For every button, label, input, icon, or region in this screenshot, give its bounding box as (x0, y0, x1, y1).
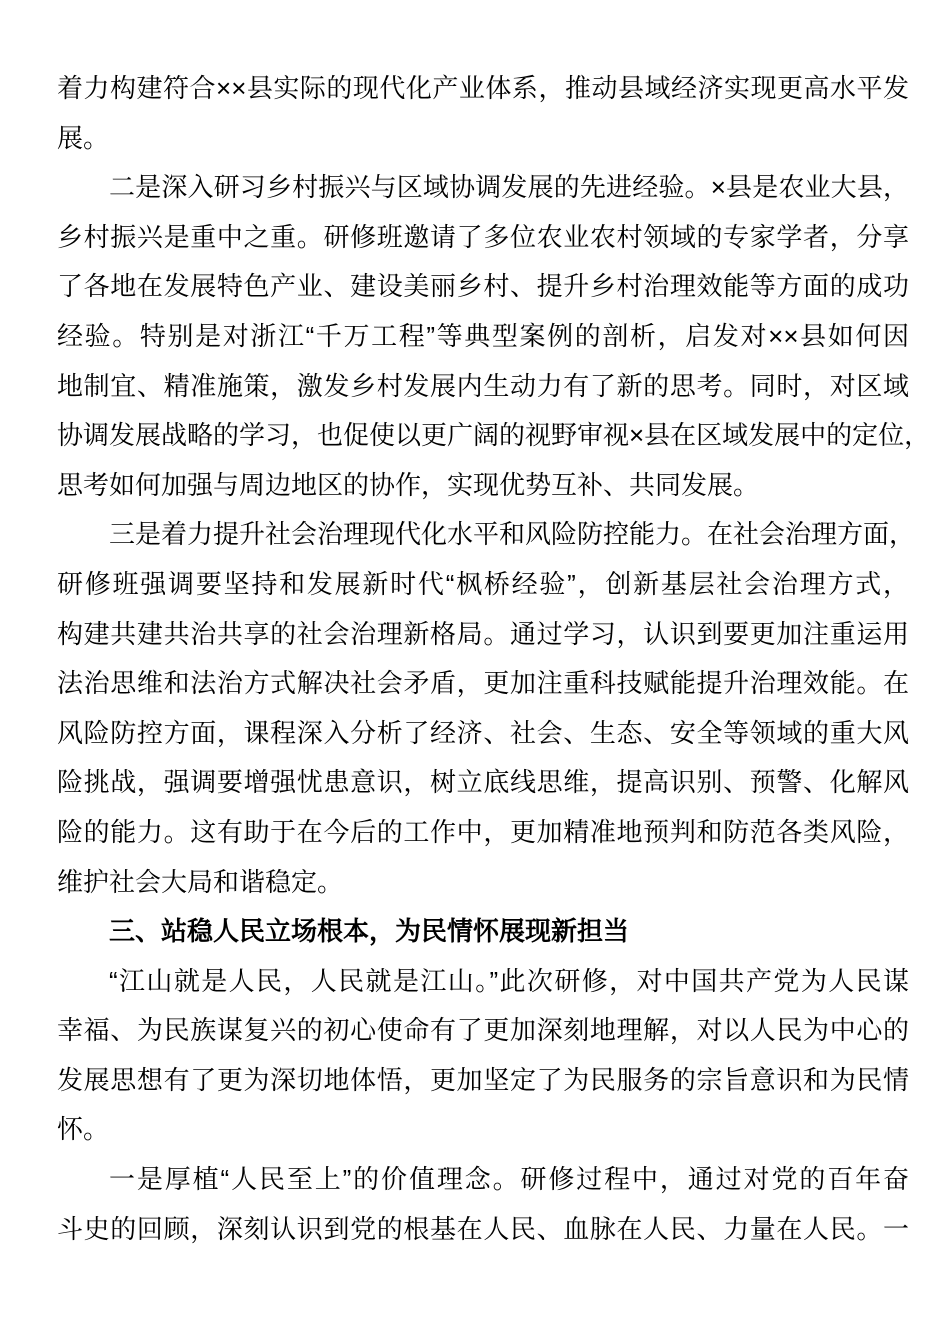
text-line: 地制宜、精准施策，激发乡村发展内生动力有了新的思考。同时，对区域 (57, 362, 909, 412)
paragraph: 二是深入研习乡村振兴与区域协调发展的先进经验。×县是农业大县，乡村振兴是重中之重… (57, 163, 909, 510)
text-line: 幸福、为民族谋复兴的初心使命有了更加深刻地理解，对以人民为中心的 (57, 1006, 909, 1056)
text-line: 经验。特别是对浙江“千万工程”等典型案例的剖析，启发对××县如何因 (57, 312, 909, 362)
text-line: 一是厚植“人民至上”的价值理念。研修过程中，通过对党的百年奋 (57, 1155, 909, 1205)
text-line: 法治思维和法治方式解决社会矛盾，更加注重科技赋能提升治理效能。在 (57, 659, 909, 709)
text-line: 构建共建共治共享的社会治理新格局。通过学习，认识到要更加注重运用 (57, 610, 909, 660)
paragraph: 三是着力提升社会治理现代化水平和风险防控能力。在社会治理方面，研修班强调要坚持和… (57, 510, 909, 907)
text-line: 三是着力提升社会治理现代化水平和风险防控能力。在社会治理方面， (57, 510, 909, 560)
section-heading: 三、站稳人民立场根本，为民情怀展现新担当 (57, 907, 909, 957)
paragraph: 着力构建符合××县实际的现代化产业体系，推动县域经济实现更高水平发展。 (57, 64, 909, 163)
document-page: 着力构建符合××县实际的现代化产业体系，推动县域经济实现更高水平发展。二是深入研… (0, 0, 950, 1344)
text-line: 险挑战，强调要增强忧患意识，树立底线思维，提高识别、预警、化解风 (57, 758, 909, 808)
paragraph: “江山就是人民，人民就是江山。”此次研修，对中国共产党为人民谋幸福、为民族谋复兴… (57, 957, 909, 1155)
text-line: 着力构建符合××县实际的现代化产业体系，推动县域经济实现更高水平发 (57, 64, 909, 114)
text-line: 斗史的回顾，深刻认识到党的根基在人民、血脉在人民、力量在人民。一 (57, 1205, 909, 1255)
text-line: 研修班强调要坚持和发展新时代“枫桥经验”，创新基层社会治理方式， (57, 560, 909, 610)
heading-line: 三、站稳人民立场根本，为民情怀展现新担当 (57, 907, 909, 957)
text-line: 思考如何加强与周边地区的协作，实现优势互补、共同发展。 (57, 461, 909, 511)
text-line: 怀。 (57, 1105, 909, 1155)
text-line: 风险防控方面，课程深入分析了经济、社会、生态、安全等领域的重大风 (57, 709, 909, 759)
text-line: 展。 (57, 114, 909, 164)
text-line: 了各地在发展特色产业、建设美丽乡村、提升乡村治理效能等方面的成功 (57, 262, 909, 312)
paragraph: 一是厚植“人民至上”的价值理念。研修过程中，通过对党的百年奋斗史的回顾，深刻认识… (57, 1155, 909, 1254)
text-line: 险的能力。这有助于在今后的工作中，更加精准地预判和防范各类风险， (57, 808, 909, 858)
text-line: “江山就是人民，人民就是江山。”此次研修，对中国共产党为人民谋 (57, 957, 909, 1007)
text-line: 乡村振兴是重中之重。研修班邀请了多位农业农村领域的专家学者，分享 (57, 213, 909, 263)
text-line: 协调发展战略的学习，也促使以更广阔的视野审视×县在区域发展中的定位， (57, 411, 909, 461)
text-line: 二是深入研习乡村振兴与区域协调发展的先进经验。×县是农业大县， (57, 163, 909, 213)
text-line: 维护社会大局和谐稳定。 (57, 858, 909, 908)
text-line: 发展思想有了更为深切地体悟，更加坚定了为民服务的宗旨意识和为民情 (57, 1056, 909, 1106)
